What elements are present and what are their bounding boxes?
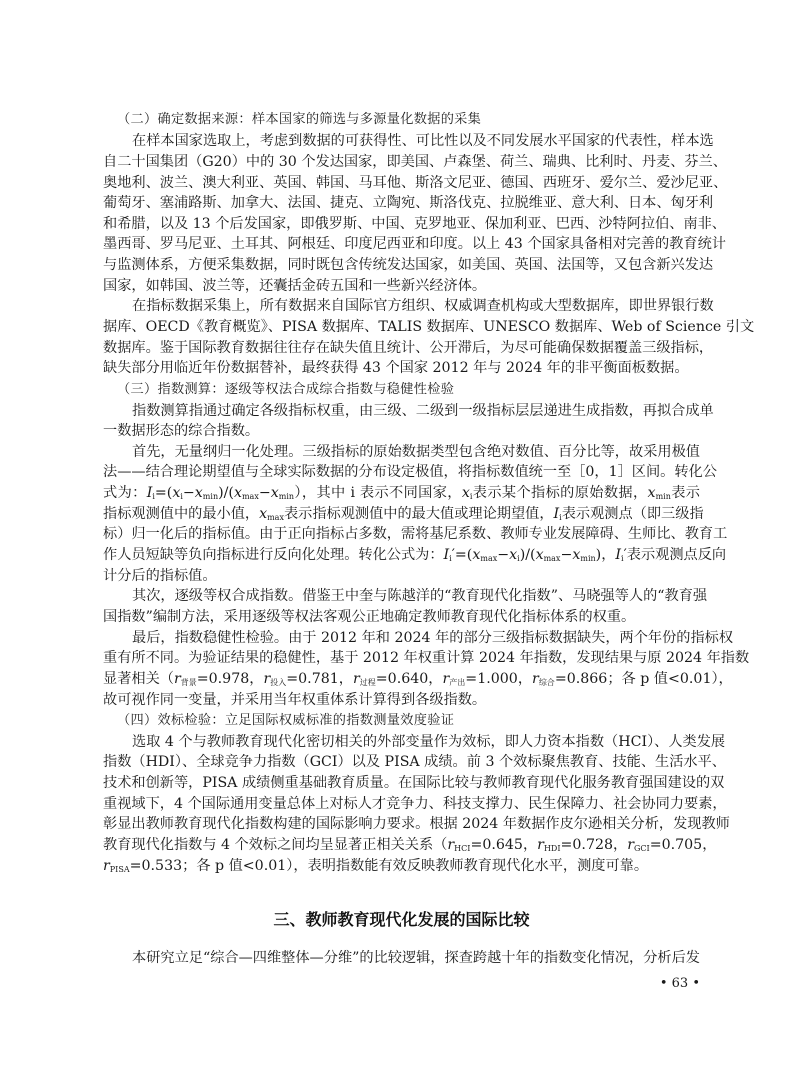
paragraph-line: 重有所不同。为验证结果的稳健性，基于 2012 年权重计算 2024 年指数，发… <box>103 648 700 668</box>
paragraph-line: 彰显出教师教育现代化指数构建的国际影响力要求。根据 2024 年数据作皮尔逊相关… <box>103 814 700 834</box>
validity-line: 教育现代化指数与 4 个效标之间均呈显著正相关关系（rHCI=0.645，rHD… <box>103 835 700 855</box>
validity-line: rPISA=0.533；各 p 值<0.01），表明指数能有效反映教师教育现代化… <box>103 856 700 876</box>
subsection-heading-4: （四）效标检验：立足国际权威标准的指数测量效度验证 <box>103 711 700 731</box>
paragraph-line: 本研究立足“综合—四维整体—分维”的比较逻辑，探查跨越十年的指数变化情况，分析后… <box>103 948 700 968</box>
subsection-heading-2: （二）确定数据来源：样本国家的筛选与多源量化数据的采集 <box>103 110 700 130</box>
correlation-line: 显著相关（r背景=0.978，r投入=0.781，r过程=0.640，r产出=1… <box>103 669 700 689</box>
paragraph-line: 数据库。鉴于国际教育数据往往存在缺失值且统计、公开滞后，为尽可能确保数据覆盖三级… <box>103 338 700 358</box>
paragraph-line: 与监测体系，方便采集数据，同时既包含传统发达国家，如美国、英国、法国等，又包含新… <box>103 255 700 275</box>
page-number: • 63 • <box>660 975 700 993</box>
paragraph-line: 计分后的指标值。 <box>103 566 700 586</box>
paragraph-line: 和希腊，以及 13 个后发国家，即俄罗斯、中国、克罗地亚、保加利亚、巴西、沙特阿… <box>103 214 700 234</box>
paragraph-line: 首先，无量纲归一化处理。三级指标的原始数据类型包含绝对数值、百分比等，故采用极值 <box>103 442 700 462</box>
paragraph-line: 指数测算指通过确定各级指标权重，由三级、二级到一级指标层层递进生成指数，再拟合成… <box>103 401 700 421</box>
formula-line: 作人员短缺等负向指标进行反向化处理。转化公式为：Ii′=(xmax−xi)/(x… <box>103 545 700 565</box>
paragraph-line: 葡萄牙、塞浦路斯、加拿大、法国、捷克、立陶宛、斯洛伐克、拉脱维亚、意大利、日本、… <box>103 193 700 213</box>
paragraph-line: 技术和创新等，PISA 成绩侧重基础教育质量。在国际比较与教师教育现代化服务教育… <box>103 773 700 793</box>
paragraph-line: 选取 4 个与教师教育现代化密切相关的外部变量作为效标，即人力资本指数（HCI）… <box>103 732 700 752</box>
paragraph-line: 法——结合理论期望值与全球实际数据的分布设定极值，将指标数值统一至［0，1］区间… <box>103 462 700 482</box>
paragraph-line: 国指数”编制方法，采用逐级等权法客观公正地确定教师教育现代化指标体系的权重。 <box>103 607 700 627</box>
chapter-heading: 三、教师教育现代化发展的国际比较 <box>103 909 700 931</box>
paragraph-line: 其次，逐级等权合成指数。借鉴王中奎与陈越洋的“教育现代化指数”、马晓强等人的“教… <box>103 586 700 606</box>
paragraph-line: 在样本国家选取上，考虑到数据的可获得性、可比性以及不同发展水平国家的代表性，样本… <box>103 131 700 151</box>
paragraph-line: 国家，如韩国、波兰等，还囊括金砖五国和一些新兴经济体。 <box>103 276 700 296</box>
paragraph-line: 墨西哥、罗马尼亚、土耳其、阿根廷、印度尼西亚和印度。以上 43 个国家具备相对完… <box>103 234 700 254</box>
paragraph-line: 故可视作同一变量，并采用当年权重体系计算得到各级指数。 <box>103 690 700 710</box>
paragraph-line: 在指标数据采集上，所有数据来自国际官方组织、权威调查机构或大型数据库，即世界银行… <box>103 296 700 316</box>
paragraph-line: 缺失部分用临近年份数据替补，最终获得 43 个国家 2012 年与 2024 年… <box>103 358 700 378</box>
formula-line: 式为：Ii=(xi−xmin)/(xmax−xmin），其中 i 表示不同国家，… <box>103 483 700 503</box>
subsection-heading-3: （三）指数测算：逐级等权法合成综合指数与稳健性检验 <box>103 380 700 400</box>
paragraph-line: 指标观测值中的最小值，xmax表示指标观测值中的最大值或理论期望值，Ii表示观测… <box>103 504 700 524</box>
paragraph-line: 一数据形态的综合指数。 <box>103 421 700 441</box>
paragraph-line: 据库、OECD《教育概览》、PISA 数据库、TALIS 数据库、UNESCO … <box>103 317 700 337</box>
paragraph-line: 重视域下，4 个国际通用变量总体上对标人才竞争力、科技支撑力、民生保障力、社会协… <box>103 794 700 814</box>
paragraph-line: 指数（HDI）、全球竞争力指数（GCI）以及 PISA 成绩。前 3 个效标聚焦… <box>103 752 700 772</box>
paragraph-line: 最后，指数稳健性检验。由于 2012 年和 2024 年的部分三级指标数据缺失，… <box>103 628 700 648</box>
paragraph-line: 自二十国集团（G20）中的 30 个发达国家，即美国、卢森堡、荷兰、瑞典、比利时… <box>103 152 700 172</box>
paragraph-line: 标）归一化后的指标值。由于正向指标占多数，需将基尼系数、教师专业发展障碍、生师比… <box>103 524 700 544</box>
paragraph-line: 奥地利、波兰、澳大利亚、英国、韩国、马耳他、斯洛文尼亚、德国、西班牙、爱尔兰、爱… <box>103 173 700 193</box>
